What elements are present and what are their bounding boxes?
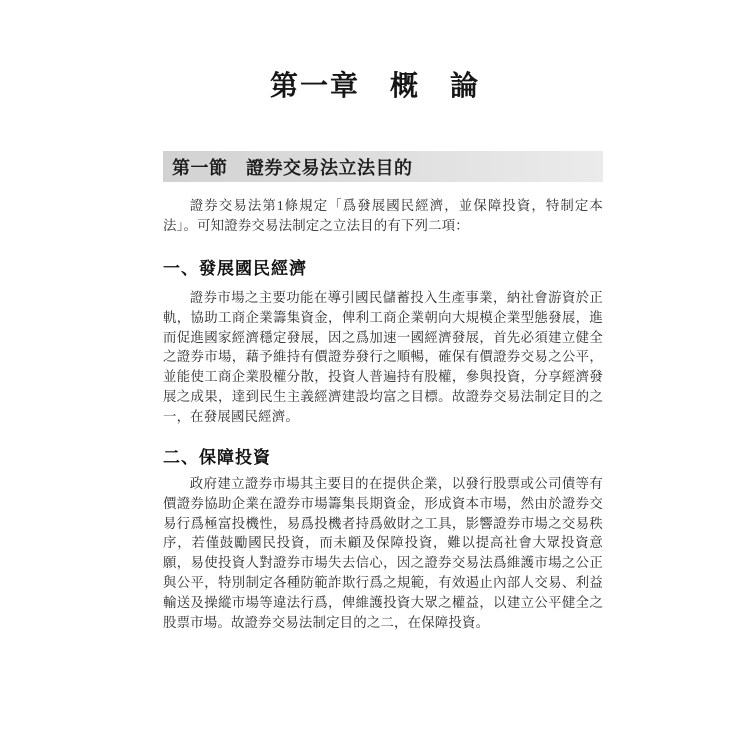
- subsection-heading-protect-investment: 二、保障投資: [163, 443, 271, 468]
- chapter-title: 第一章 概 論: [0, 64, 750, 104]
- section-header-bar: 第一節 證券交易法立法目的: [163, 151, 603, 182]
- subsection-heading-develop-economy: 一、發展國民經濟: [163, 254, 307, 279]
- intro-paragraph: 證券交易法第1條規定「爲發展國民經濟，並保障投資，特制定本法」。可知證券交易法制…: [163, 196, 603, 236]
- section-header-text: 第一節 證券交易法立法目的: [172, 154, 413, 180]
- subsection-body-protect-investment: 政府建立證券市場其主要目的在提供企業，以發行股票或公司債等有價證券協助企業在證券…: [163, 474, 603, 632]
- book-page: { "page": { "chapter_title": "第一章 概 論", …: [0, 0, 750, 750]
- subsection-body-develop-economy: 證券市場之主要功能在導引國民儲蓄投入生產事業，納社會游資於正軌，協助工商企業籌集…: [163, 288, 603, 427]
